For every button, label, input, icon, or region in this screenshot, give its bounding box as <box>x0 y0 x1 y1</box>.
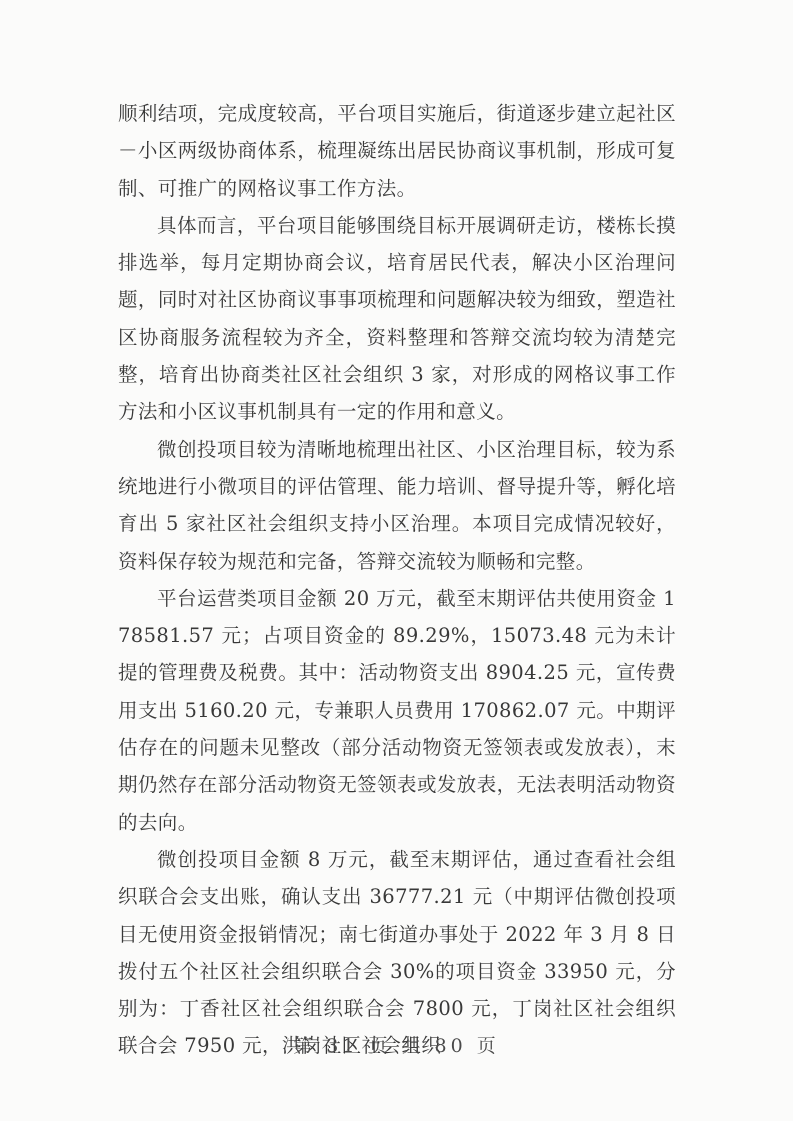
paragraph-platform-project-detail: 具体而言，平台项目能够围绕目标开展调研走访，楼栋长摸排选举，每月定期协商会议，培… <box>118 207 676 431</box>
paragraph-platform-funds: 平台运营类项目金额 20 万元，截至末期评估共使用资金 178581.57 元；… <box>118 580 676 841</box>
paragraph-continuation: 顺利结项，完成度较高，平台项目实施后，街道逐步建立起社区－小区两级协商体系，梳理… <box>118 95 676 207</box>
page-number-text: 第 31 页 共 80 页 <box>293 1035 500 1057</box>
paragraph-micro-venture-summary: 微创投项目较为清晰地梳理出社区、小区治理目标，较为系统地进行小微项目的评估管理、… <box>118 431 676 580</box>
page-footer: 第 31 页 共 80 页 <box>0 1031 793 1058</box>
document-body: 顺利结项，完成度较高，平台项目实施后，街道逐步建立起社区－小区两级协商体系，梳理… <box>118 95 676 1065</box>
document-page: 顺利结项，完成度较高，平台项目实施后，街道逐步建立起社区－小区两级协商体系，梳理… <box>0 0 793 1121</box>
